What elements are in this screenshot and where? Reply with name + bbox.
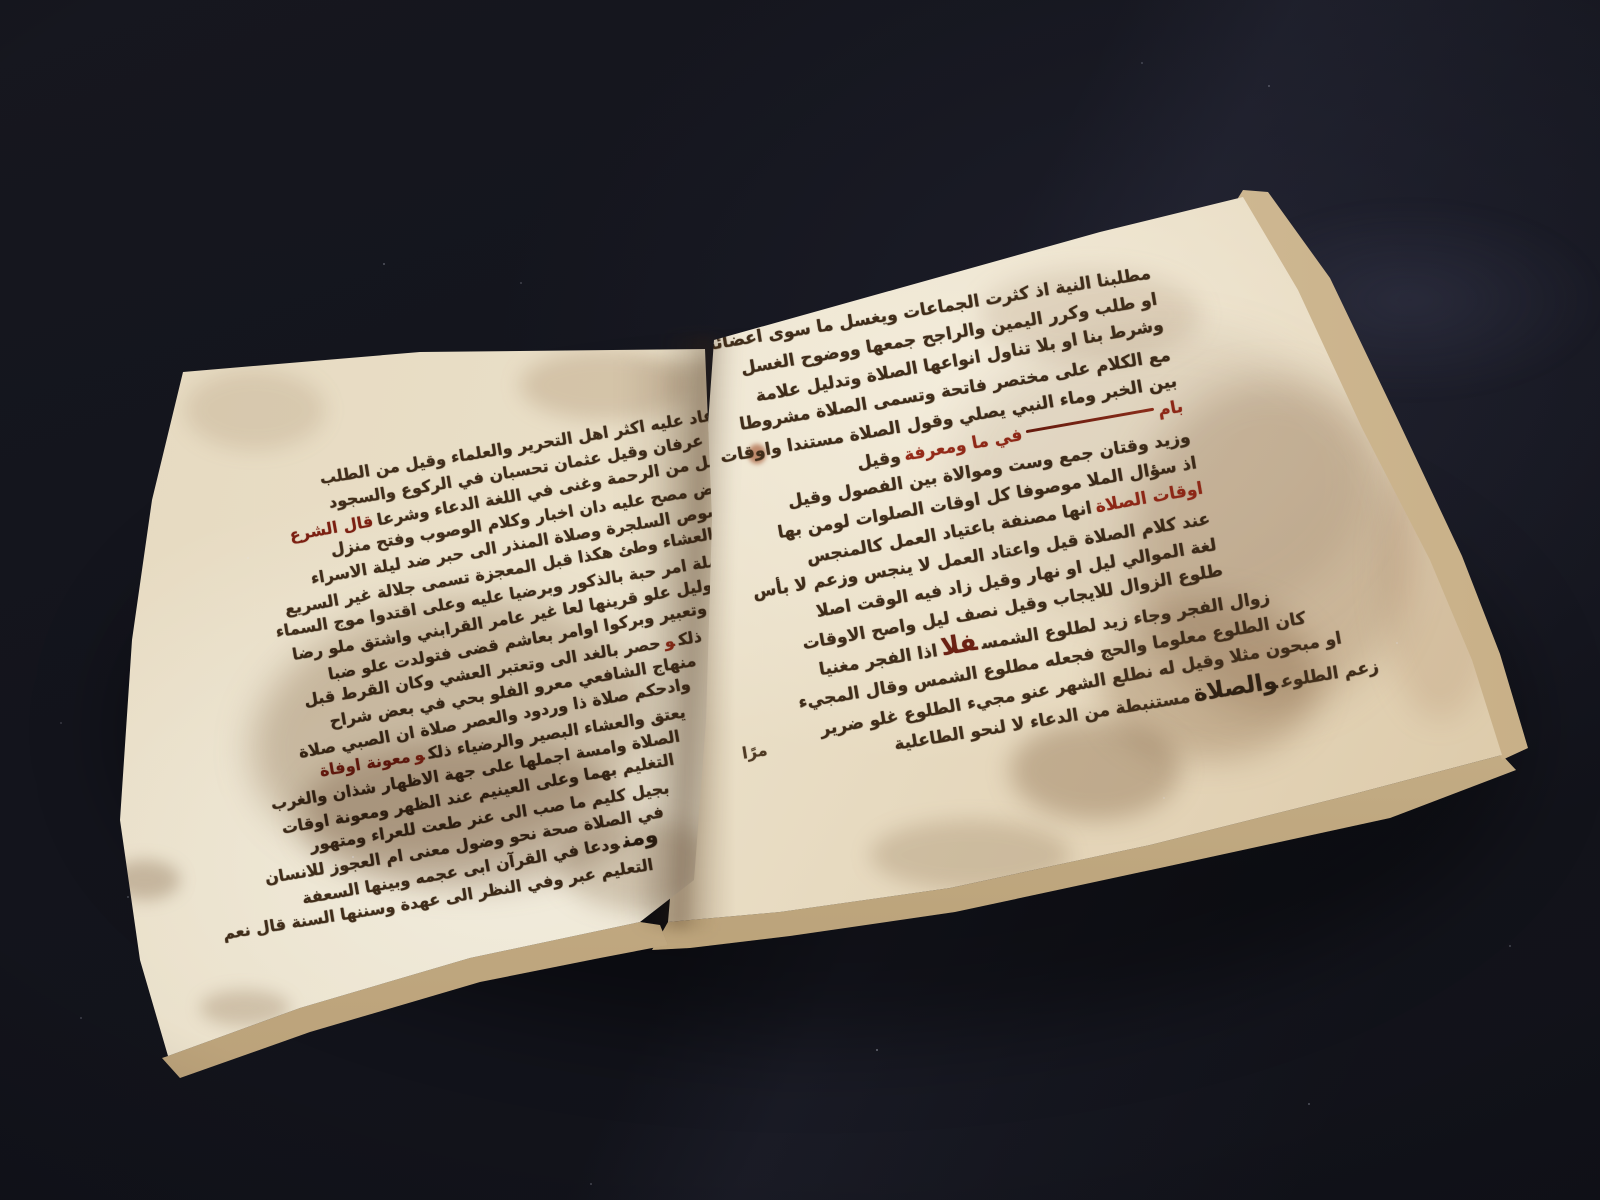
- stain: [185, 370, 325, 450]
- catchword: مرًا: [741, 740, 769, 763]
- stain: [950, 330, 1370, 630]
- text-segment: فلا: [939, 627, 980, 661]
- dust-specks: [0, 0, 2, 2]
- manuscript-photo: مطلبنا النية اذ كثرت الجماعات ويغسل ما س…: [0, 0, 1600, 1200]
